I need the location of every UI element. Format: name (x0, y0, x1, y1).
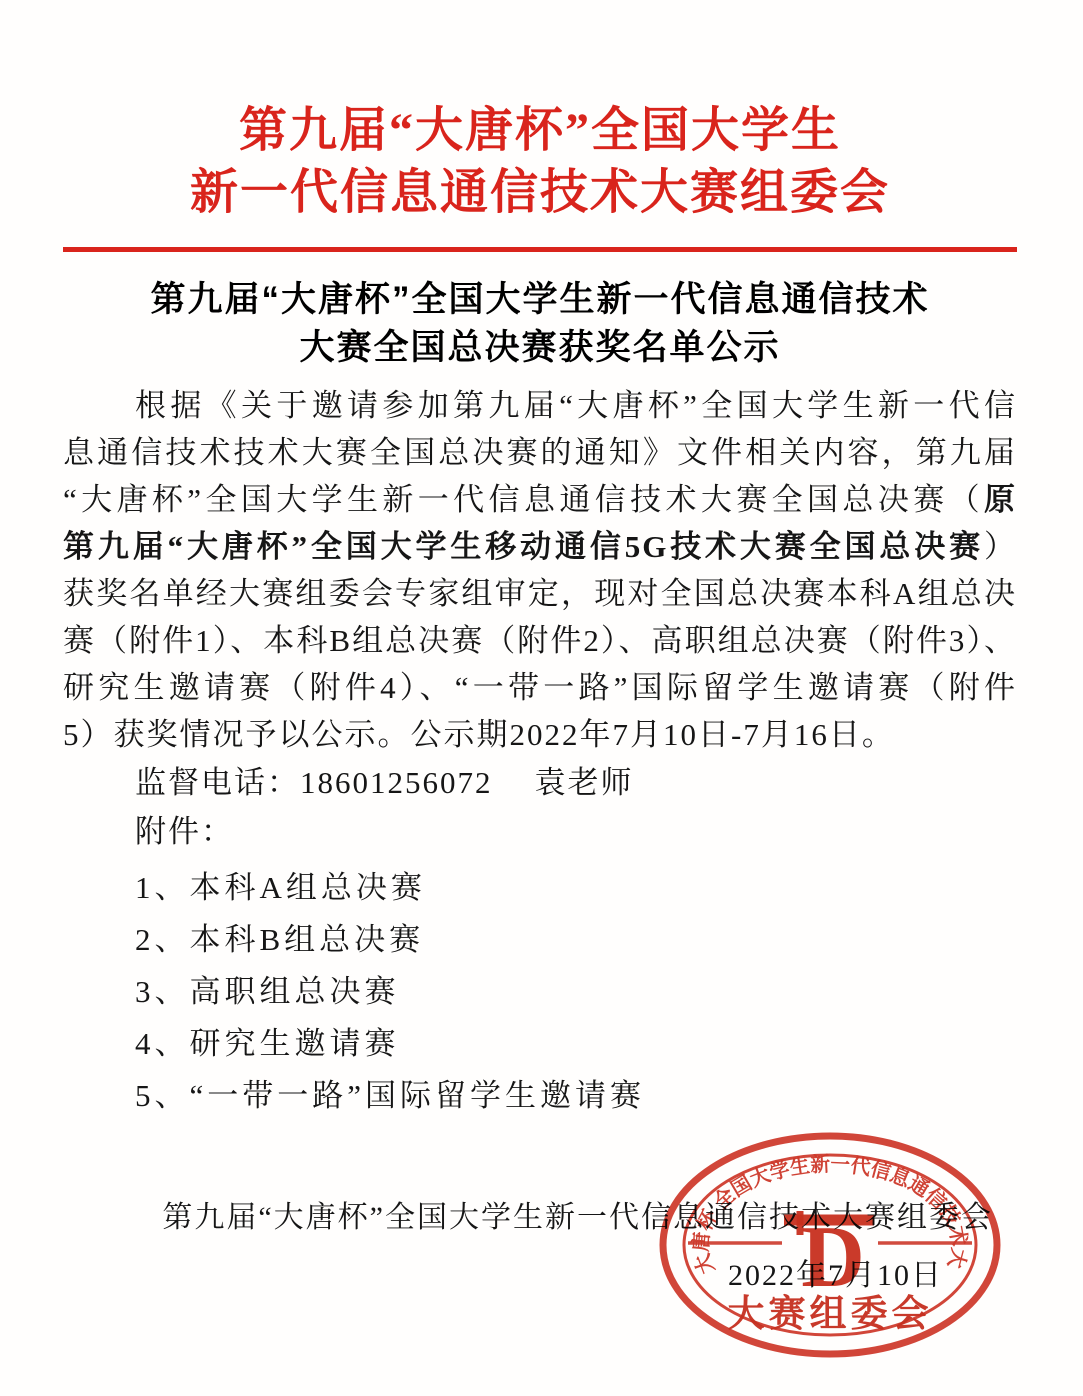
signature-date: 2022年7月10日 (63, 1254, 1017, 1298)
attachments-label: 附件： (63, 807, 1017, 856)
supervision-phone-label: 监督电话： (135, 765, 300, 800)
letterhead-line1: 第九届“大唐杯”全国大学生 (63, 100, 1017, 162)
supervision-phone-number: 18601256072 (300, 765, 493, 800)
attachment-item: 3、高职组总决赛 (63, 966, 1017, 1018)
body-line: “大唐杯”全国大学生新一代信息通信技术大赛全国总决赛（原 (63, 476, 1017, 523)
letterhead-divider (63, 247, 1017, 252)
body-line: 获奖名单经大赛组委会专家组审定，现对全国总决赛本科A组总决 (63, 570, 1017, 617)
body-line: 研究生邀请赛（附件4）、“一带一路”国际留学生邀请赛（附件 (63, 664, 1017, 711)
document-page: 第九届“大唐杯”全国大学生 新一代信息通信技术大赛组委会 第九届“大唐杯”全国大… (0, 0, 1083, 1396)
signature-org: 第九届“大唐杯”全国大学生新一代信息通信技术大赛组委会 (63, 1196, 1017, 1240)
supervision-phone-line: 监督电话：18601256072袁老师 (63, 758, 1017, 807)
attachment-item: 1、本科A组总决赛 (63, 862, 1017, 914)
body-line: 根据《关于邀请参加第九届“大唐杯”全国大学生新一代信 (63, 382, 1017, 429)
attachments-list: 1、本科A组总决赛2、本科B组总决赛3、高职组总决赛4、研究生邀请赛5、“一带一… (63, 862, 1017, 1122)
attachment-item: 2、本科B组总决赛 (63, 914, 1017, 966)
body-line: 第九届“大唐杯”全国大学生移动通信5G技术大赛全国总决赛） (63, 523, 1017, 570)
document-title-line1: 第九届“大唐杯”全国大学生新一代信息通信技术 (63, 276, 1017, 324)
letterhead-line2: 新一代信息通信技术大赛组委会 (63, 162, 1017, 224)
document-content: 第九届“大唐杯”全国大学生 新一代信息通信技术大赛组委会 第九届“大唐杯”全国大… (63, 0, 1017, 1298)
letterhead: 第九届“大唐杯”全国大学生 新一代信息通信技术大赛组委会 (63, 100, 1017, 224)
supervision-contact-name: 袁老师 (535, 765, 634, 800)
document-title-line2: 大赛全国总决赛获奖名单公示 (63, 324, 1017, 372)
body-line: 息通信技术技术大赛全国总决赛的通知》文件相关内容，第九届 (63, 429, 1017, 476)
seal-bottom-text: 大赛组委会 (728, 1293, 933, 1334)
attachment-item: 5、“一带一路”国际留学生邀请赛 (63, 1070, 1017, 1122)
attachment-item: 4、研究生邀请赛 (63, 1018, 1017, 1070)
body-paragraph: 根据《关于邀请参加第九届“大唐杯”全国大学生新一代信息通信技术技术大赛全国总决赛… (63, 382, 1017, 758)
body-line: 5）获奖情况予以公示。公示期2022年7月10日-7月16日。 (63, 711, 1017, 758)
body-line: 赛（附件1）、本科B组总决赛（附件2）、高职组总决赛（附件3）、 (63, 617, 1017, 664)
document-title: 第九届“大唐杯”全国大学生新一代信息通信技术 大赛全国总决赛获奖名单公示 (63, 276, 1017, 372)
